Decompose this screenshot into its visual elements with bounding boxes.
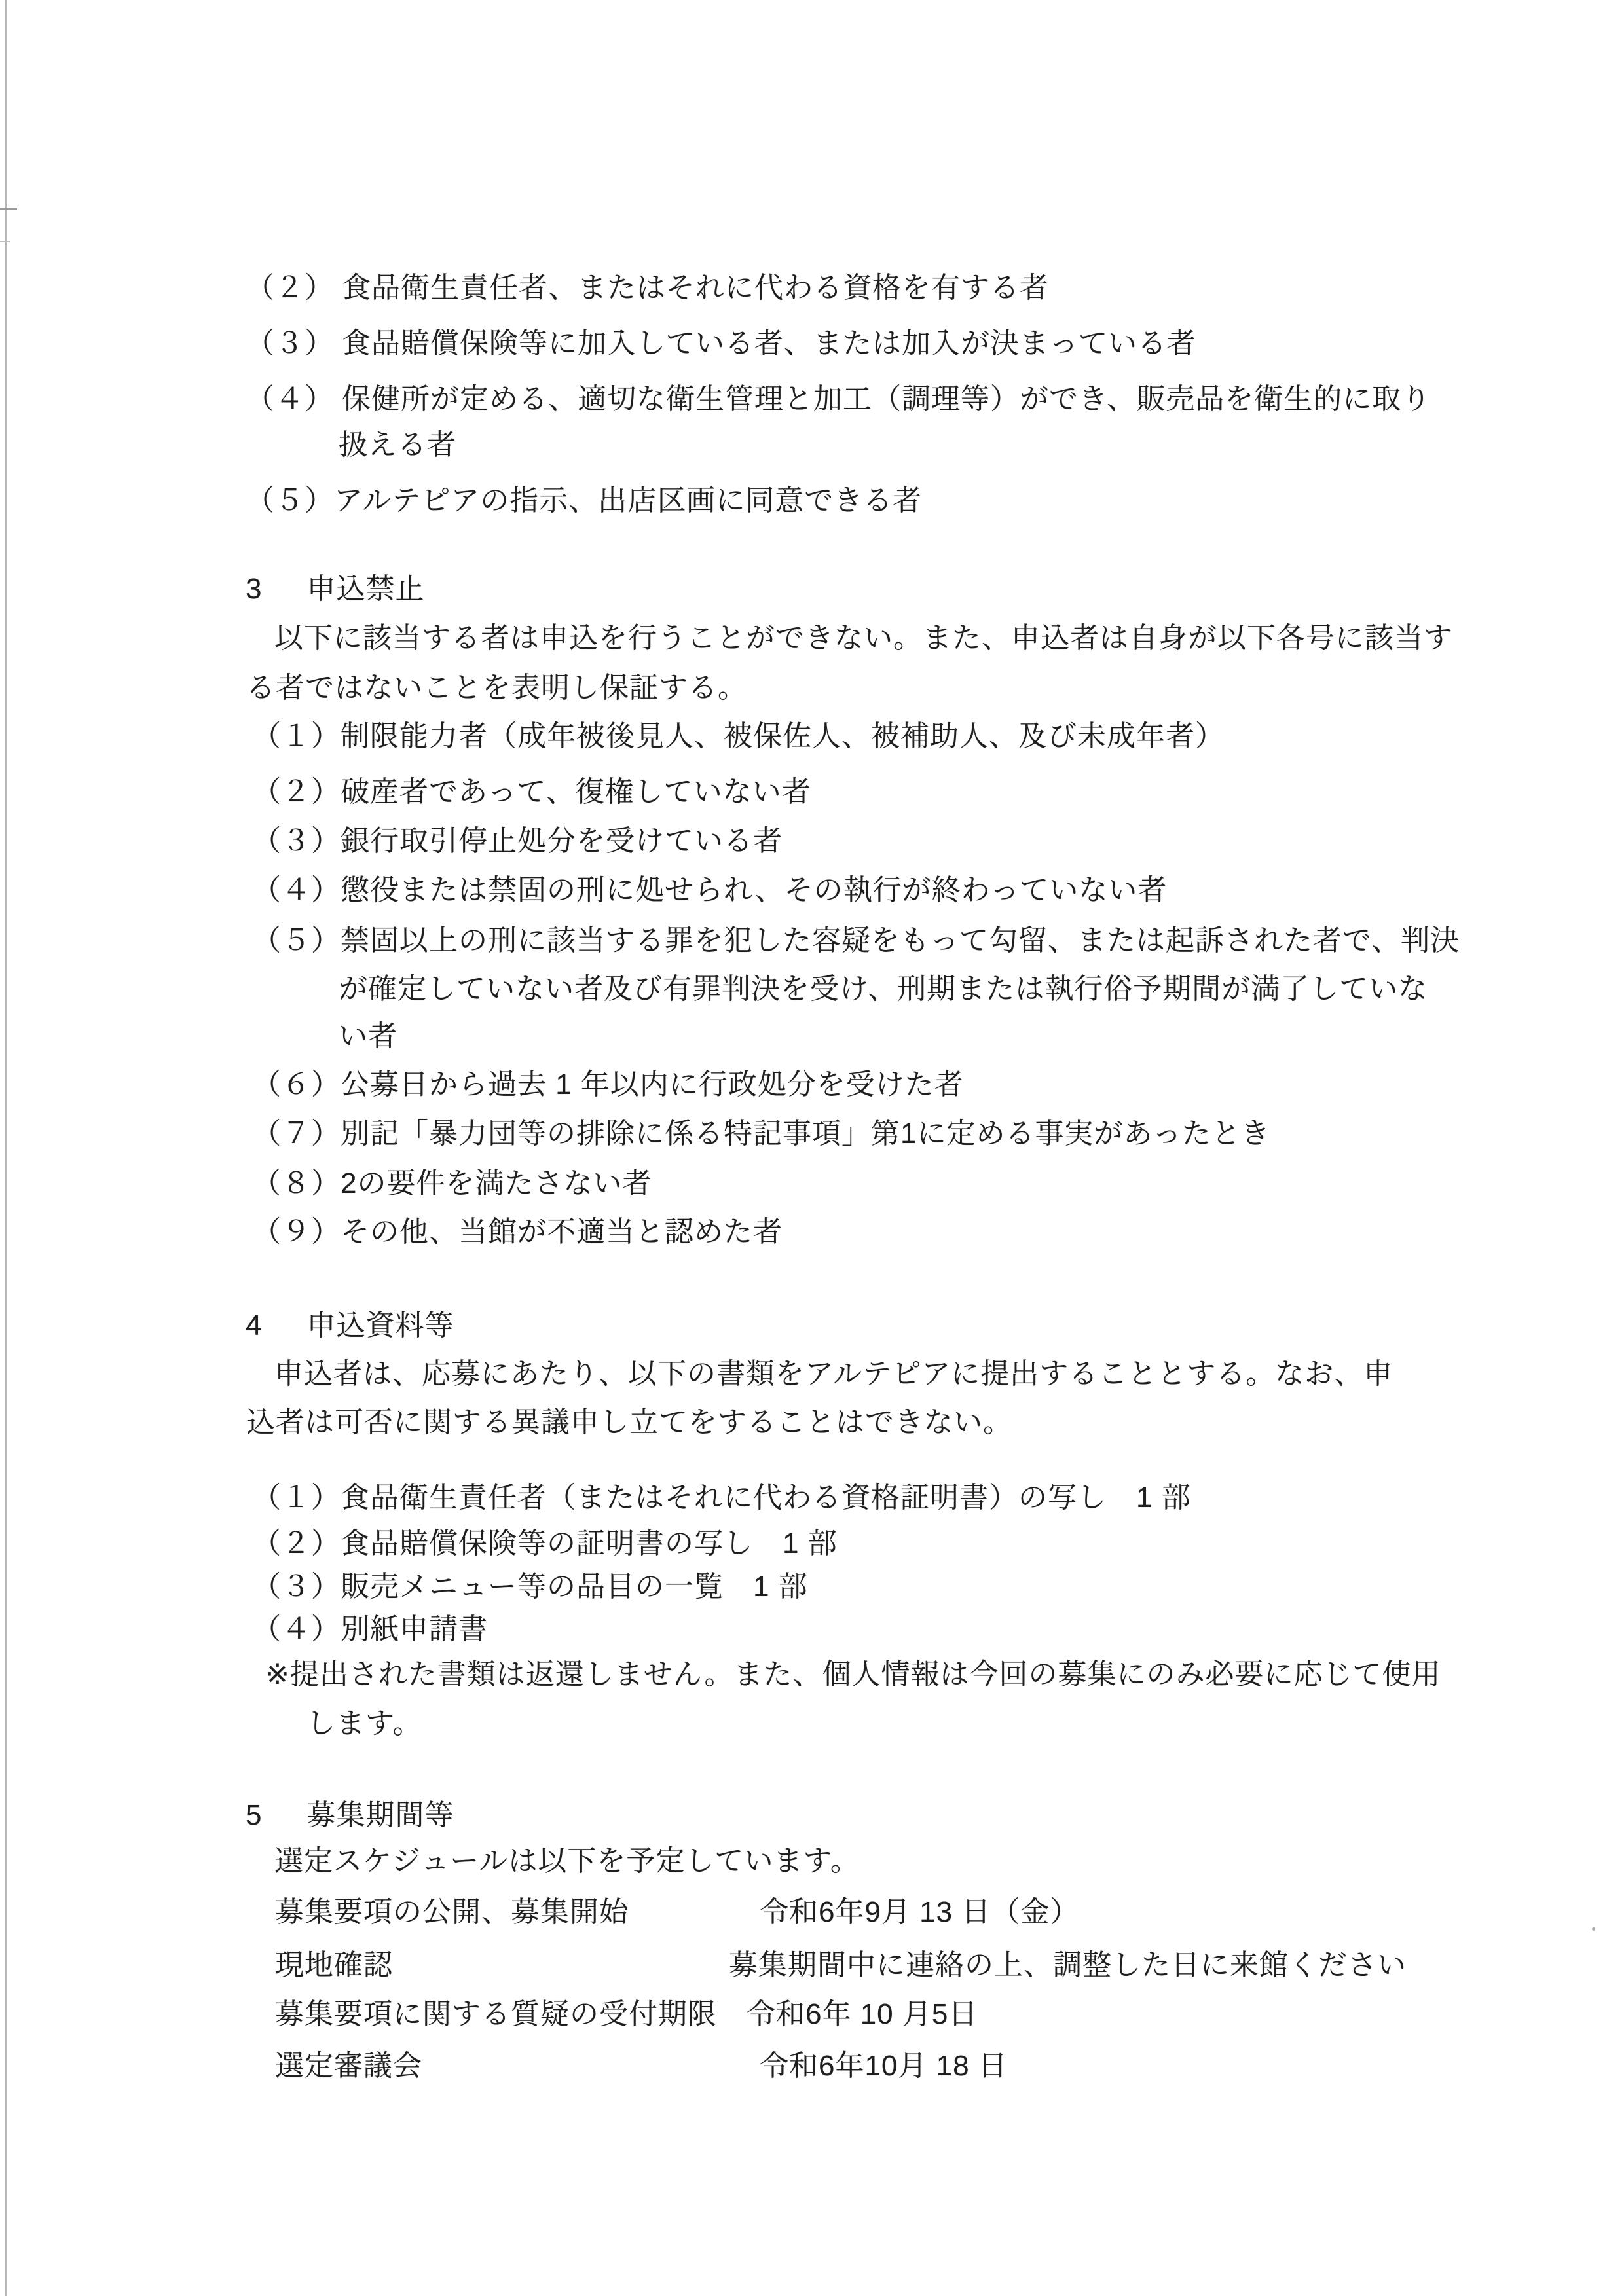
list-item-marker: （４） — [252, 874, 341, 907]
schedule-row-value: 令和6年10月 18 日 — [760, 2050, 1008, 2083]
list-item-continuation: が確定していない者及び有罪判決を受け、刑期または執行俗予期間が満了していな — [339, 973, 1428, 1006]
list-item-marker: （７） — [252, 1118, 341, 1151]
list-item-text: 公募日から過去 1 年以内に行政処分を受けた者 — [341, 1068, 964, 1101]
list-item-marker: （６） — [252, 1068, 341, 1102]
scan-edge-line-artifact — [5, 0, 7, 2296]
list-item: （３）販売メニュー等の品目の一覧 1 部 — [252, 1571, 808, 1604]
scan-speck-artifact — [1592, 1927, 1595, 1931]
list-item-text: 食品賠償保険等に加入している者、または加入が決まっている者 — [342, 327, 1196, 359]
list-item: （５）アルテピアの指示、出店区画に同意できる者 — [246, 484, 922, 518]
schedule-row-value: 令和6年 10 月5日 — [747, 1998, 978, 2032]
scan-tick-artifact — [0, 208, 17, 210]
list-item-marker: （９） — [252, 1216, 341, 1249]
section-heading: 4申込資料等 — [246, 1309, 454, 1343]
schedule-row-label: 現地確認 — [275, 1949, 393, 1982]
list-item-text: 懲役または禁固の刑に処せられ、その執行が終わっていない者 — [341, 874, 1167, 906]
list-item: （２）破産者であって、復権していない者 — [252, 776, 811, 809]
list-item-text: 食品衛生責任者、またはそれに代わる資格を有する者 — [342, 272, 1049, 304]
schedule-row-value: 募集期間中に連絡の上、調整した日に来館ください — [729, 1949, 1407, 1982]
list-item-continuation: い者 — [339, 1020, 397, 1053]
list-item: （９）その他、当館が不適当と認めた者 — [252, 1216, 783, 1249]
list-item-marker: （３） — [252, 825, 341, 858]
list-item-text: 2の要件を満たさない者 — [341, 1167, 652, 1199]
list-item-marker: （３） — [246, 327, 334, 361]
section-number: 3 — [246, 573, 262, 605]
list-item-marker: （３） — [252, 1571, 341, 1604]
list-item-text: 販売メニュー等の品目の一覧 1 部 — [341, 1571, 808, 1603]
list-item-marker: （２） — [252, 776, 341, 809]
list-item-text: その他、当館が不適当と認めた者 — [341, 1216, 783, 1248]
schedule-row-label: 募集要項の公開、募集開始 — [275, 1896, 629, 1929]
paragraph-line: 以下に該当する者は申込を行うことができない。また、申込者は自身が以下各号に該当す — [274, 622, 1453, 655]
list-item-text: 食品衛生責任者（またはそれに代わる資格証明書）の写し 1 部 — [341, 1482, 1191, 1514]
section-title: 申込資料等 — [306, 1309, 454, 1341]
scan-tick-artifact — [0, 241, 10, 242]
schedule-row-label: 選定審議会 — [275, 2050, 422, 2083]
section-title: 募集期間等 — [306, 1799, 454, 1831]
list-item-marker: （５） — [252, 924, 341, 958]
list-item-text: 別紙申請書 — [341, 1613, 488, 1645]
list-item-text: アルテピアの指示、出店区画に同意できる者 — [334, 484, 922, 517]
list-item-marker: （２） — [252, 1527, 341, 1561]
list-item: （１）食品衛生責任者（またはそれに代わる資格証明書）の写し 1 部 — [252, 1482, 1191, 1515]
list-item-text: 制限能力者（成年被後見人、被保佐人、被補助人、及び未成年者） — [341, 720, 1225, 752]
list-item: （４）懲役または禁固の刑に処せられ、その執行が終わっていない者 — [252, 874, 1167, 907]
section-number: 5 — [246, 1799, 262, 1831]
scanned-document-page: （２）食品衛生責任者、またはそれに代わる資格を有する者 （３）食品賠償保険等に加… — [0, 0, 1624, 2296]
list-item: （６）公募日から過去 1 年以内に行政処分を受けた者 — [252, 1068, 964, 1102]
list-item: （１）制限能力者（成年被後見人、被保佐人、被補助人、及び未成年者） — [252, 720, 1225, 754]
section-title: 申込禁止 — [306, 573, 424, 605]
list-item-marker: （１） — [252, 720, 341, 754]
list-item-marker: （５） — [246, 484, 334, 518]
list-item: （２）食品衛生責任者、またはそれに代わる資格を有する者 — [246, 272, 1049, 305]
list-item-text: 禁固以上の刑に該当する罪を犯した容疑をもって勾留、または起訴された者で、判決 — [341, 924, 1460, 957]
list-item-text: 別記「暴力団等の排除に係る特記事項」第1に定める事実があったとき — [341, 1118, 1270, 1150]
list-item-marker: （４） — [252, 1613, 341, 1647]
paragraph-line: 申込者は、応募にあたり、以下の書類をアルテピアに提出することとする。なお、申 — [274, 1358, 1393, 1391]
list-item: （２）食品賠償保険等の証明書の写し 1 部 — [252, 1527, 838, 1561]
list-item: （３）銀行取引停止処分を受けている者 — [252, 825, 783, 858]
schedule-row-label: 募集要項に関する質疑の受付期限 — [275, 1998, 717, 2032]
list-item: （５）禁固以上の刑に該当する罪を犯した容疑をもって勾留、または起訴された者で、判… — [252, 924, 1460, 958]
paragraph-line: 選定スケジュールは以下を予定しています。 — [274, 1845, 860, 1878]
list-item-marker: （２） — [246, 272, 334, 305]
list-item-text: 破産者であって、復権していない者 — [341, 776, 811, 808]
note-line: ※提出された書類は返還しません。また、個人情報は今回の募集にのみ必要に応じて使用 — [265, 1658, 1441, 1692]
list-item-marker: （１） — [252, 1482, 341, 1515]
section-heading: 5募集期間等 — [246, 1799, 454, 1832]
section-number: 4 — [246, 1309, 262, 1341]
list-item-continuation: 扱える者 — [339, 429, 456, 462]
list-item-text: 食品賠償保険等の証明書の写し 1 部 — [341, 1527, 838, 1559]
section-heading: 3申込禁止 — [246, 573, 424, 606]
list-item-marker: （４） — [246, 383, 334, 416]
list-item: （４）別紙申請書 — [252, 1613, 488, 1647]
note-line: します。 — [306, 1707, 422, 1741]
list-item-text: 保健所が定める、適切な衛生管理と加工（調理等）ができ、販売品を衛生的に取り — [342, 383, 1431, 415]
list-item-text: 銀行取引停止処分を受けている者 — [341, 825, 783, 857]
list-item: （７）別記「暴力団等の排除に係る特記事項」第1に定める事実があったとき — [252, 1118, 1270, 1151]
list-item: （８）2の要件を満たさない者 — [252, 1167, 652, 1201]
list-item-marker: （８） — [252, 1167, 341, 1201]
schedule-row-value: 令和6年9月 13 日（金） — [760, 1896, 1079, 1929]
list-item: （４）保健所が定める、適切な衛生管理と加工（調理等）ができ、販売品を衛生的に取り — [246, 383, 1431, 416]
paragraph-line: る者ではないことを表明し保証する。 — [246, 672, 747, 705]
paragraph-line: 込者は可否に関する異議申し立てをすることはできない。 — [246, 1406, 1012, 1440]
list-item: （３）食品賠償保険等に加入している者、または加入が決まっている者 — [246, 327, 1196, 361]
